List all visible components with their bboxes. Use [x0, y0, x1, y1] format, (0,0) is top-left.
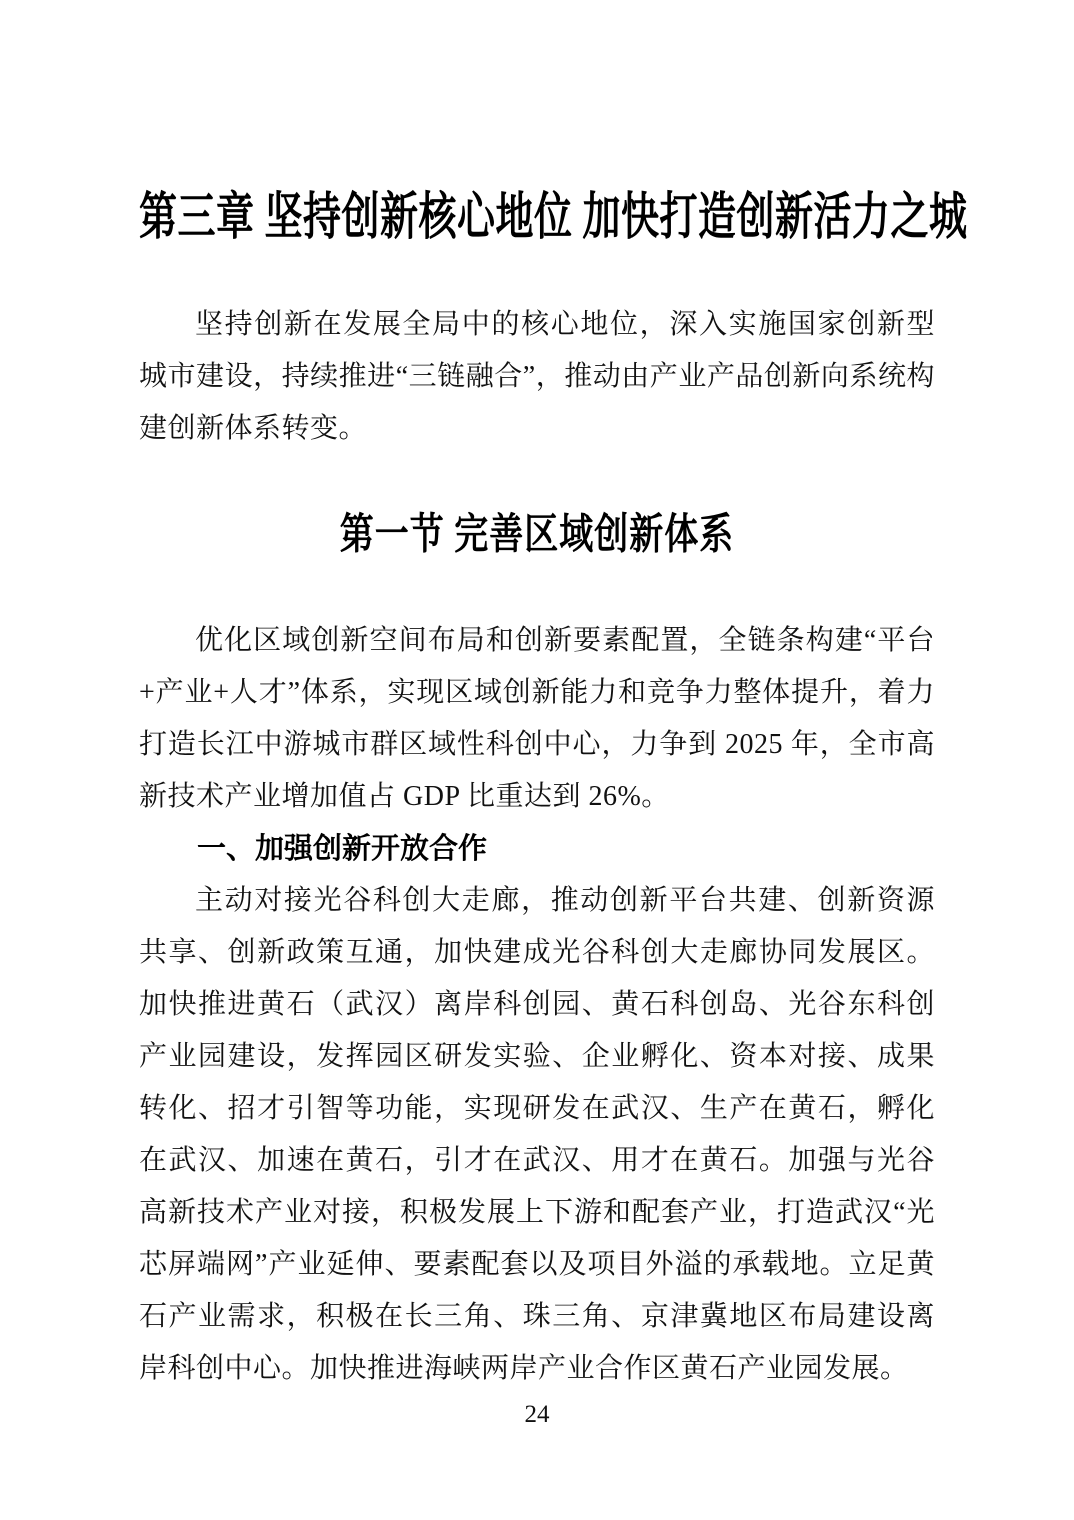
chapter-intro-paragraph: 坚持创新在发展全局中的核心地位，深入实施国家创新型城市建设，持续推进“三链融合”… — [139, 299, 935, 455]
document-page: 第三章 坚持创新核心地位 加快打造创新活力之城 坚持创新在发展全局中的核心地位，… — [0, 0, 1074, 1520]
chapter-title: 第三章 坚持创新核心地位 加快打造创新活力之城 — [139, 191, 935, 269]
subsection-heading: 一、加强创新开放合作 — [139, 823, 935, 875]
subsection-body-paragraph: 主动对接光谷科创大走廊，推动创新平台共建、创新资源共享、创新政策互通，加快建成光… — [139, 875, 935, 1395]
page-number: 24 — [0, 1401, 1074, 1429]
section-intro-paragraph: 优化区域创新空间布局和创新要素配置，全链条构建“平台+产业+人才”体系，实现区域… — [139, 615, 935, 823]
section-title: 第一节 完善区域创新体系 — [139, 511, 935, 574]
page-content: 第三章 坚持创新核心地位 加快打造创新活力之城 坚持创新在发展全局中的核心地位，… — [0, 191, 1074, 1395]
